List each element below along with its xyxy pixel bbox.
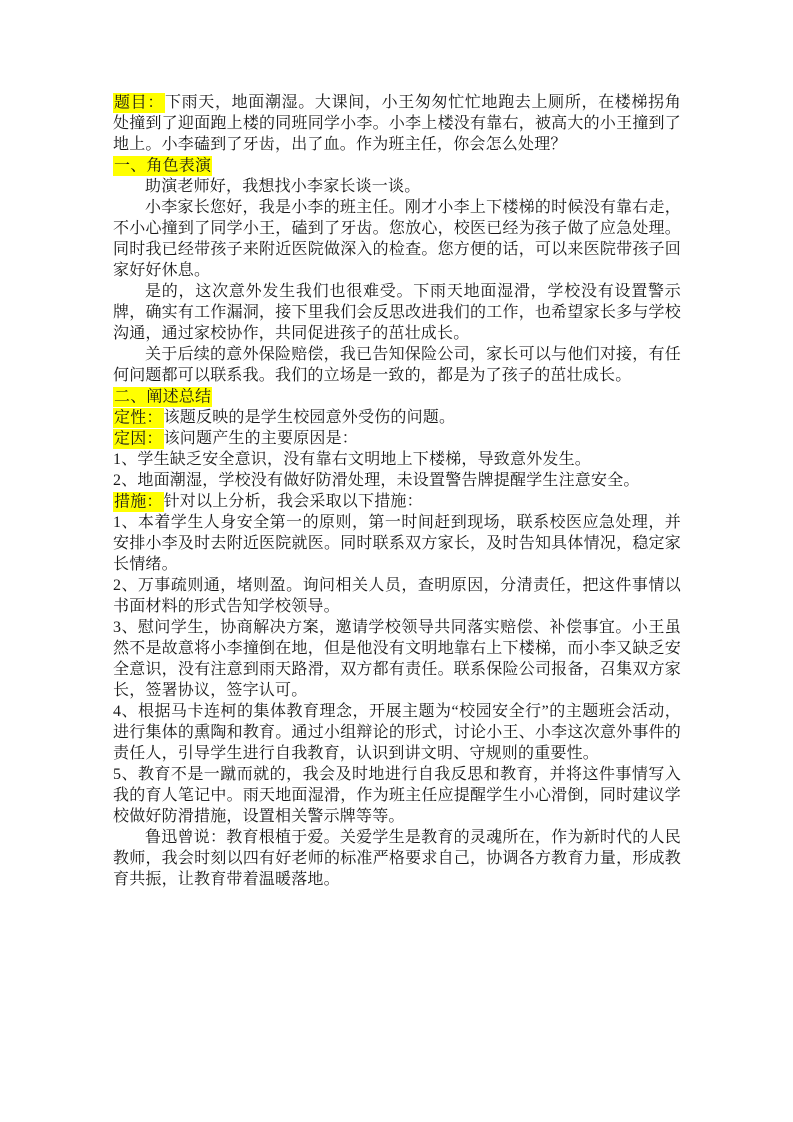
section-heading: 二、阐述总结 — [113, 386, 681, 407]
paragraph: 助演老师好，我想找小李家长谈一谈。 — [113, 176, 681, 197]
highlight-label: 定性： — [113, 408, 164, 428]
highlight-label: 题目： — [113, 93, 165, 113]
document-body: 题目：下雨天，地面潮湿。大课间，小王匆匆忙忙地跑去上厕所，在楼梯拐角处撞到了迎面… — [113, 92, 681, 890]
paragraph: 鲁迅曾说：教育根植于爱。关爱学生是教育的灵魂所在，作为新时代的人民教师，我会时刻… — [113, 827, 681, 890]
paragraph-text: 小李家长您好，我是小李的班主任。刚才小李上下楼梯的时候没有靠右走，不小心撞到了同… — [113, 199, 681, 279]
paragraph: 4、根据马卡连柯的集体教育理念，开展主题为“校园安全行”的主题班会活动，进行集体… — [113, 701, 681, 764]
paragraph: 2、万事疏则通，堵则盈。询问相关人员，查明原因，分清责任，把这件事情以书面材料的… — [113, 575, 681, 617]
paragraph-text: 针对以上分析，我会采取以下措施： — [164, 493, 423, 510]
paragraph-text: 2、地面潮湿，学校没有做好防滑处理，未设置警告牌提醒学生注意安全。 — [113, 472, 640, 489]
highlighted-heading-text: 一、角色表演 — [113, 156, 212, 176]
document-page: 题目：下雨天，地面潮湿。大课间，小王匆匆忙忙地跑去上厕所，在楼梯拐角处撞到了迎面… — [0, 0, 793, 1122]
section-heading: 一、角色表演 — [113, 155, 681, 176]
paragraph: 关于后续的意外保险赔偿，我已告知保险公司，家长可以与他们对接，有任何问题都可以联… — [113, 344, 681, 386]
paragraph: 措施：针对以上分析，我会采取以下措施： — [113, 491, 681, 512]
paragraph: 定性：该题反映的是学生校园意外受伤的问题。 — [113, 407, 681, 428]
paragraph-text: 该题反映的是学生校园意外受伤的问题。 — [164, 409, 456, 426]
paragraph-text: 是的，这次意外发生我们也很难受。下雨天地面湿滑，学校没有设置警示牌，确实有工作漏… — [113, 283, 681, 342]
paragraph: 1、本着学生人身安全第一的原则，第一时间赶到现场，联系校医应急处理，并安排小李及… — [113, 512, 681, 575]
paragraph: 2、地面潮湿，学校没有做好防滑处理，未设置警告牌提醒学生注意安全。 — [113, 470, 681, 491]
paragraph: 小李家长您好，我是小李的班主任。刚才小李上下楼梯的时候没有靠右走，不小心撞到了同… — [113, 197, 681, 281]
paragraph-text: 助演老师好，我想找小李家长谈一谈。 — [145, 178, 420, 195]
paragraph: 1、学生缺乏安全意识，没有靠右文明地上下楼梯，导致意外发生。 — [113, 449, 681, 470]
paragraph-text: 下雨天，地面潮湿。大课间，小王匆匆忙忙地跑去上厕所，在楼梯拐角处撞到了迎面跑上楼… — [113, 94, 681, 153]
highlighted-heading-text: 二、阐述总结 — [113, 387, 212, 407]
paragraph-text: 该问题产生的主要原因是： — [164, 430, 358, 447]
paragraph-text: 3、慰问学生，协商解决方案，邀请学校领导共同落实赔偿、补偿事宜。小王虽然不是故意… — [113, 619, 681, 699]
paragraph-text: 5、教育不是一蹴而就的，我会及时地进行自我反思和教育，并将这件事情写入我的育人笔… — [113, 766, 681, 825]
paragraph-text: 关于后续的意外保险赔偿，我已告知保险公司，家长可以与他们对接，有任何问题都可以联… — [113, 346, 681, 384]
paragraph: 3、慰问学生，协商解决方案，邀请学校领导共同落实赔偿、补偿事宜。小王虽然不是故意… — [113, 617, 681, 701]
highlight-label: 定因： — [113, 429, 164, 449]
highlight-label: 措施： — [113, 492, 164, 512]
paragraph: 题目：下雨天，地面潮湿。大课间，小王匆匆忙忙地跑去上厕所，在楼梯拐角处撞到了迎面… — [113, 92, 681, 155]
paragraph: 5、教育不是一蹴而就的，我会及时地进行自我反思和教育，并将这件事情写入我的育人笔… — [113, 764, 681, 827]
paragraph-text: 1、本着学生人身安全第一的原则，第一时间赶到现场，联系校医应急处理，并安排小李及… — [113, 514, 681, 573]
paragraph-text: 鲁迅曾说：教育根植于爱。关爱学生是教育的灵魂所在，作为新时代的人民教师，我会时刻… — [113, 829, 681, 888]
paragraph-text: 2、万事疏则通，堵则盈。询问相关人员，查明原因，分清责任，把这件事情以书面材料的… — [113, 577, 681, 615]
paragraph: 定因：该问题产生的主要原因是： — [113, 428, 681, 449]
paragraph: 是的，这次意外发生我们也很难受。下雨天地面湿滑，学校没有设置警示牌，确实有工作漏… — [113, 281, 681, 344]
paragraph-text: 4、根据马卡连柯的集体教育理念，开展主题为“校园安全行”的主题班会活动，进行集体… — [113, 703, 681, 762]
paragraph-text: 1、学生缺乏安全意识，没有靠右文明地上下楼梯，导致意外发生。 — [113, 451, 591, 468]
